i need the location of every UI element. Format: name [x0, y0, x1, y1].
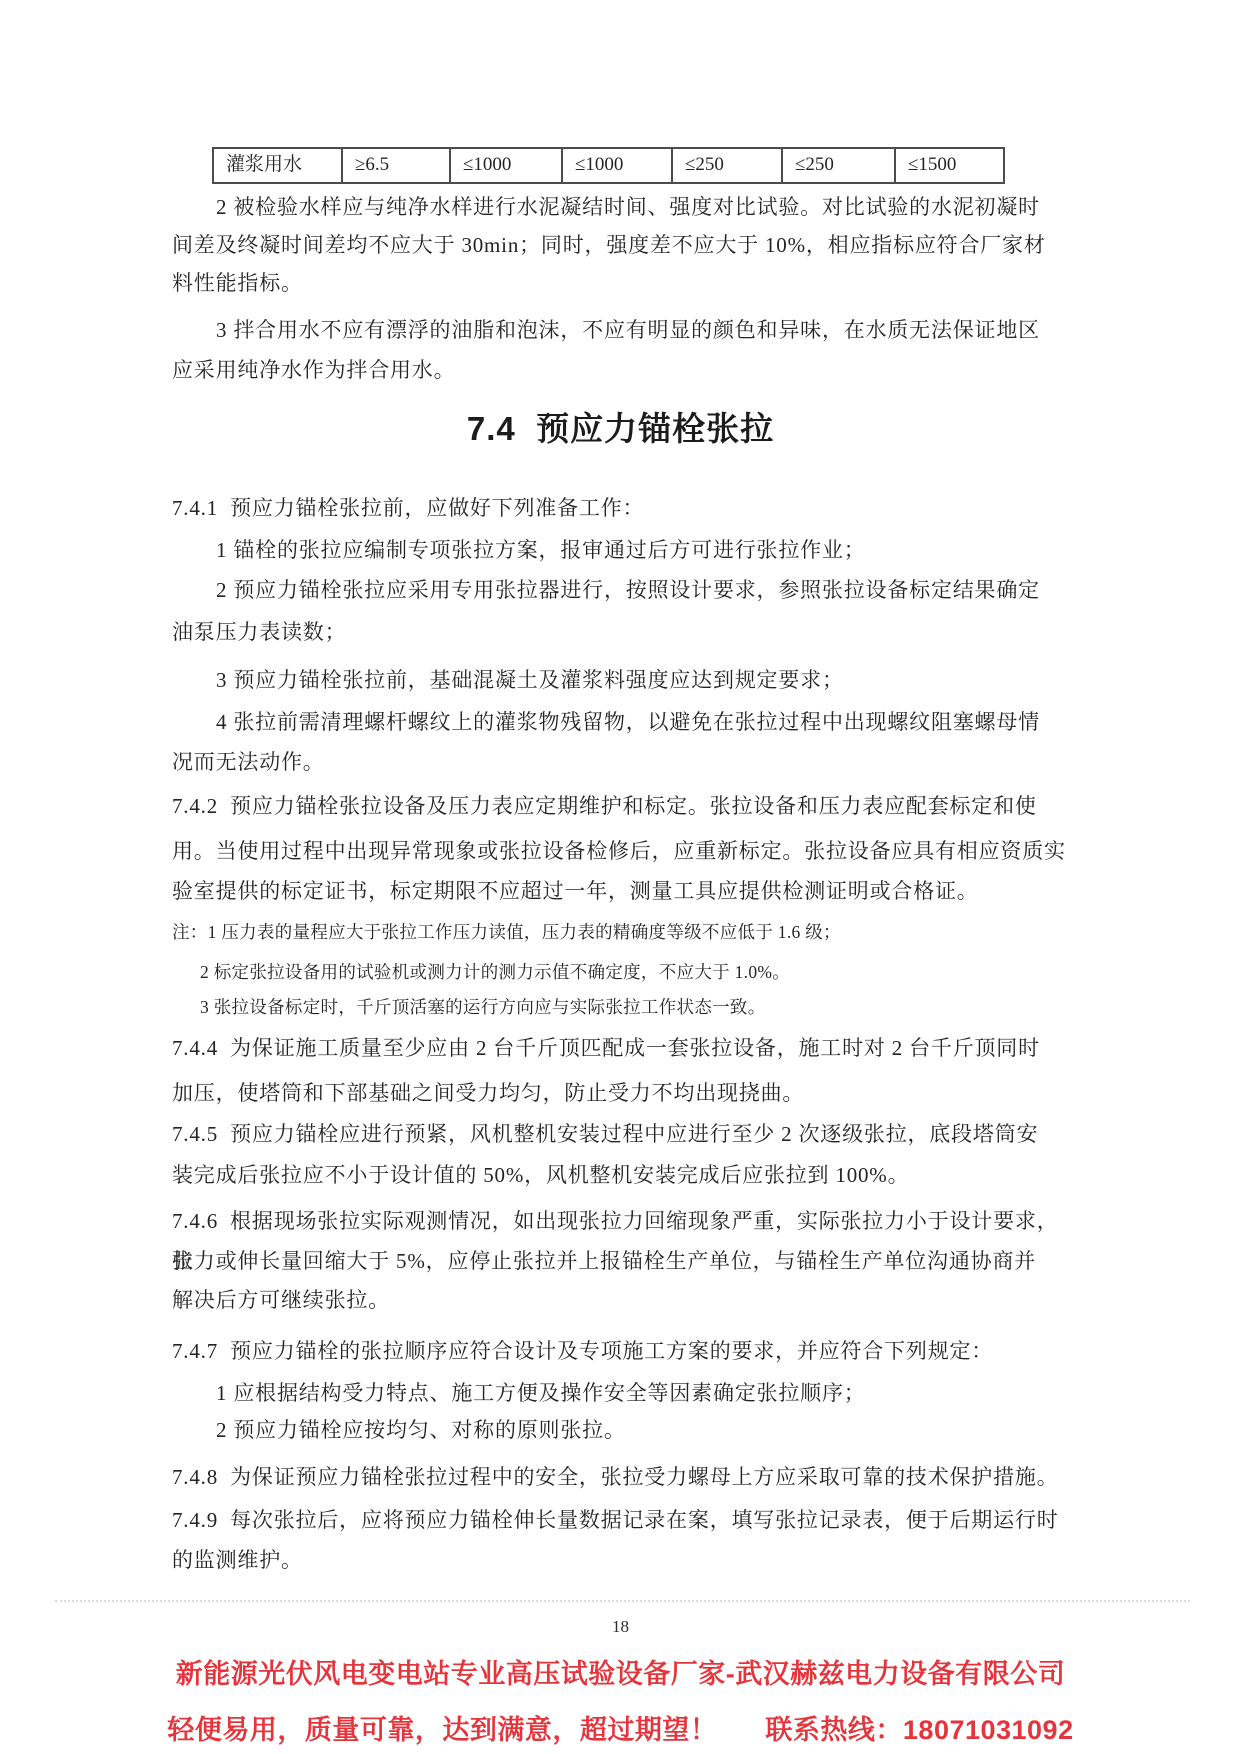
document-page: 灌浆用水 ≥6.5 ≤1000 ≤1000 ≤250 ≤250 ≤1500 2 … [0, 0, 1241, 1754]
table-cell: ≤1000 [563, 149, 673, 182]
table-cell: ≤250 [673, 149, 783, 182]
table-cell: 灌浆用水 [214, 149, 343, 182]
text-line: 用。当使用过程中出现异常现象或张拉设备检修后，应重新标定。张拉设备应具有相应资质… [172, 831, 1084, 871]
table-cell: ≤1000 [451, 149, 563, 182]
section-heading: 7.4 预应力锚栓张拉 [0, 403, 1241, 450]
table-cell: ≥6.5 [343, 149, 451, 182]
text-line: 验室提供的标定证书，标定期限不应超过一年，测量工具应提供检测证明或合格证。 [172, 871, 1084, 911]
clause-line: 7.4.7 预应力锚栓的张拉顺序应符合设计及专项施工方案的要求，并应符合下列规定… [172, 1331, 1084, 1371]
text-line: 2 预应力锚栓张拉应采用专用张拉器进行，按照设计要求，参照张拉设备标定结果确定 [172, 570, 1128, 610]
text-line: 加压，使塔筒和下部基础之间受力均匀，防止受力不均出现挠曲。 [172, 1073, 1084, 1113]
footer-slogan-line: 轻便易用，质量可靠，达到满意，超过期望！ 联系热线：18071031092 [0, 1708, 1241, 1747]
footer-company-line: 新能源光伏风电变电站专业高压试验设备厂家-武汉赫兹电力设备有限公司 [0, 1652, 1241, 1691]
text-line: 况而无法动作。 [172, 742, 1084, 782]
text-line: 解决后方可继续张拉。 [172, 1280, 1084, 1320]
clause-line: 7.4.2 预应力锚栓张拉设备及压力表应定期维护和标定。张拉设备和压力表应配套标… [172, 786, 1084, 826]
page-number: 18 [0, 1617, 1241, 1637]
text-line: 装完成后张拉应不小于设计值的 50%，风机整机安装完成后应张拉到 100%。 [172, 1155, 1084, 1195]
text-line: 1 应根据结构受力特点、施工方便及操作安全等因素确定张拉顺序； [172, 1373, 1128, 1413]
text-line: 1 锚栓的张拉应编制专项张拉方案，报审通过后方可进行张拉作业； [172, 530, 1128, 570]
clause-line: 7.4.8 为保证预应力锚栓张拉过程中的安全，张拉受力螺母上方应采取可靠的技术保… [172, 1457, 1084, 1497]
text-line: 间差及终凝时间差均不应大于 30min；同时，强度差不应大于 10%，相应指标应… [172, 225, 1084, 265]
water-quality-table-row: 灌浆用水 ≥6.5 ≤1000 ≤1000 ≤250 ≤250 ≤1500 [212, 147, 1005, 184]
text-line: 拉力或伸长量回缩大于 5%，应停止张拉并上报锚栓生产单位，与锚栓生产单位沟通协商… [172, 1241, 1084, 1281]
faint-divider-line [55, 1600, 1190, 1602]
text-line: 应采用纯净水作为拌合用水。 [172, 350, 1084, 390]
footer-slogan: 轻便易用，质量可靠，达到满意，超过期望！ [167, 1708, 717, 1747]
text-line: 的监测维护。 [172, 1540, 1084, 1580]
text-line: 3 预应力锚栓张拉前，基础混凝土及灌浆料强度应达到规定要求； [172, 660, 1128, 700]
text-line: 2 被检验水样应与纯净水样进行水泥凝结时间、强度对比试验。对比试验的水泥初凝时 [172, 187, 1128, 227]
text-line: 油泵压力表读数； [172, 612, 1084, 652]
text-line: 2 预应力锚栓应按均匀、对称的原则张拉。 [172, 1410, 1128, 1450]
note-line: 2 标定张拉设备用的试验机或测力计的测力示值不确定度，不应大于 1.0%。 [172, 955, 1112, 989]
text-line: 3 拌合用水不应有漂浮的油脂和泡沫，不应有明显的颜色和异味，在水质无法保证地区 [172, 310, 1128, 350]
clause-line: 7.4.9 每次张拉后，应将预应力锚栓伸长量数据记录在案，填写张拉记录表，便于后… [172, 1500, 1084, 1540]
clause-line: 7.4.1 预应力锚栓张拉前，应做好下列准备工作： [172, 488, 1084, 528]
clause-line: 7.4.4 为保证施工质量至少应由 2 台千斤顶匹配成一套张拉设备，施工时对 2… [172, 1028, 1084, 1068]
table-cell: ≤250 [783, 149, 896, 182]
clause-line: 7.4.5 预应力锚栓应进行预紧，风机整机安装过程中应进行至少 2 次逐级张拉，… [172, 1114, 1084, 1154]
table-cell: ≤1500 [896, 149, 1003, 182]
note-line: 3 张拉设备标定时，千斤顶活塞的运行方向应与实际张拉工作状态一致。 [172, 990, 1112, 1024]
footer-hotline: 联系热线：18071031092 [765, 1708, 1073, 1747]
text-line: 4 张拉前需清理螺杆螺纹上的灌浆物残留物，以避免在张拉过程中出现螺纹阻塞螺母情 [172, 702, 1128, 742]
text-line: 料性能指标。 [172, 263, 1084, 303]
note-line: 注：1 压力表的量程应大于张拉工作压力读值，压力表的精确度等级不应低于 1.6 … [172, 915, 1084, 949]
